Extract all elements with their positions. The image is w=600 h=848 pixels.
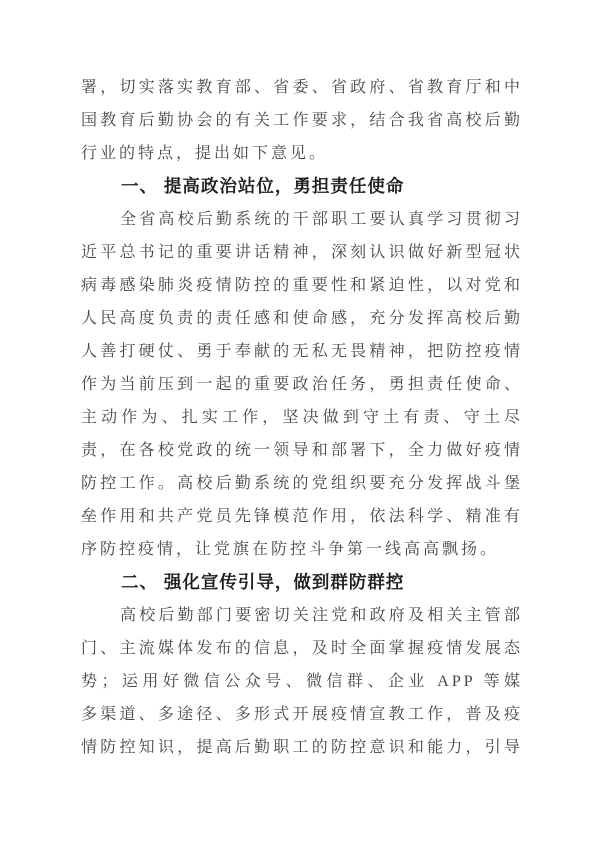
text-line: 防控工作。高校后勤系统的党组织要充分发挥战斗堡	[81, 467, 523, 500]
text-line: 国教育后勤协会的有关工作要求，结合我省高校后勤	[81, 104, 523, 137]
text-line: 责，在各校党政的统一领导和部署下，全力做好疫情	[81, 434, 523, 467]
text-line: 高校后勤部门要密切关注党和政府及相关主管部	[81, 599, 523, 632]
paragraph-section-1: 全省高校后勤系统的干部职工要认真学习贯彻习 近平总书记的重要讲话精神，深刻认识做…	[81, 203, 523, 566]
text-line: 情防控知识，提高后勤职工的防控意识和能力，引导	[81, 731, 523, 764]
text-line: 署，切实落实教育部、省委、省政府、省教育厅和中	[81, 71, 523, 104]
text-line: 势；运用好微信公众号、微信群、企业 APP 等媒体，	[81, 665, 523, 698]
section-heading-1: 一、 提高政治站位，勇担责任使命	[81, 170, 523, 203]
paragraph-section-2: 高校后勤部门要密切关注党和政府及相关主管部 门、主流媒体发布的信息，及时全面掌握…	[81, 599, 523, 764]
text-line: 近平总书记的重要讲话精神，深刻认识做好新型冠状	[81, 236, 523, 269]
text-line: 全省高校后勤系统的干部职工要认真学习贯彻习	[81, 203, 523, 236]
paragraph-intro-continued: 署，切实落实教育部、省委、省政府、省教育厅和中 国教育后勤协会的有关工作要求，结…	[81, 71, 523, 170]
section-heading-2: 二、 强化宣传引导，做到群防群控	[81, 566, 523, 599]
text-line: 垒作用和共产党员先锋模范作用，依法科学、精准有	[81, 500, 523, 533]
text-line: 作为当前压到一起的重要政治任务，勇担责任使命、	[81, 368, 523, 401]
text-line: 行业的特点，提出如下意见。	[81, 137, 523, 170]
text-line: 主动作为、扎实工作，坚决做到守土有责、守土尽	[81, 401, 523, 434]
text-line: 人民高度负责的责任感和使命感，充分发挥高校后勤	[81, 302, 523, 335]
text-line: 人善打硬仗、勇于奉献的无私无畏精神，把防控疫情	[81, 335, 523, 368]
text-line: 门、主流媒体发布的信息，及时全面掌握疫情发展态	[81, 632, 523, 665]
text-line: 多渠道、多途径、多形式开展疫情宣教工作，普及疫	[81, 698, 523, 731]
document-page: 署，切实落实教育部、省委、省政府、省教育厅和中 国教育后勤协会的有关工作要求，结…	[0, 0, 600, 848]
text-line: 病毒感染肺炎疫情防控的重要性和紧迫性，以对党和	[81, 269, 523, 302]
text-line: 序防控疫情，让党旗在防控斗争第一线高高飘扬。	[81, 533, 523, 566]
